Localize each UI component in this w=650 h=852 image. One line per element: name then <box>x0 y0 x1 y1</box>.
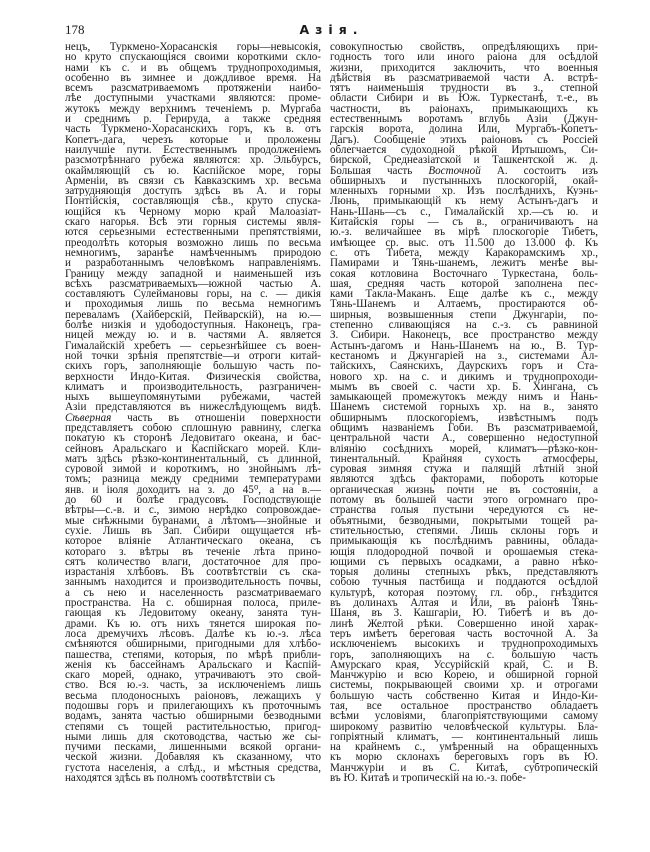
text-line: израстанія хлѣбовъ. Въ соотвѣтствіи съ с… <box>65 567 321 577</box>
text-line: годность того или иного раіона для осѣдл… <box>330 52 598 62</box>
text-line: Люнь, примыкающій къ нему Астынъ-дагъ и <box>330 196 598 206</box>
text-line: области Сибири и въ Юж. Туркестанѣ, т.-е… <box>330 93 598 103</box>
text-line: гающая къ Ледовитому океану, занята тун- <box>65 608 321 618</box>
text-line: системы, покрывающей своими хр. и отрога… <box>330 680 598 690</box>
text-line: вѣтры—с.-в. и с., зимою нерѣдко сопровож… <box>65 505 321 515</box>
text-line: тая, все остальное пространство обладает… <box>330 701 598 711</box>
text-line: общимъ названіемъ Гоби. Въ разсматриваем… <box>330 423 598 433</box>
text-line: ницей между ю. и в. частями А. является <box>65 330 321 340</box>
text-line: въ долинахъ Алтая и Или, въ раіонѣ Тянь- <box>330 598 598 608</box>
text-line: Арменіи, въ связи съ Кавказскимъ хр. вес… <box>65 176 321 186</box>
text-line: мымъ въ своей с. части хр. Б. Хингана, с… <box>330 382 598 392</box>
text-line: на крайнемъ с., умѣренный на обращенныхъ <box>330 742 598 752</box>
text-line: смѣняются обширными, пригодными для хлѣб… <box>65 639 321 649</box>
text-line: объятными, безводными, покрытыми тощей р… <box>330 516 598 526</box>
text-line: совокупностью свойствъ, опредѣляющихъ пр… <box>330 42 598 52</box>
left-text-column: нецъ, Туркмено-Хорасанскія горы—невысокі… <box>65 42 321 783</box>
text-line: болѣе низкія и удободоступныя. Наконецъ,… <box>65 320 321 330</box>
text-line: всѣми условіями, благопріятствующими сам… <box>330 711 598 721</box>
text-line: дѣйствія въ разсматриваемой части А. вст… <box>330 73 598 83</box>
text-line: естественнымъ воротамъ вглубь Азіи (Джун… <box>330 114 598 124</box>
text-line: ющійся къ Черному морю край Малоазіат- <box>65 207 321 217</box>
text-line: большую часть собственно Китая и Индо-Ки… <box>330 691 598 701</box>
text-line: перевaламъ (Хайберскій, Пейварскій), на … <box>65 310 321 320</box>
text-line: весьма плодоносныхъ раіоновъ, лежащихъ у <box>65 691 321 701</box>
text-line: облегчается судоходной рѣкой Иртышомъ, С… <box>330 145 598 155</box>
text-line: преодолѣть которыя возможно лишь по весь… <box>65 238 321 248</box>
text-line: составляютъ Сулеймановы горы, на с. — ди… <box>65 289 321 299</box>
text-line: драми. Къ ю. отъ нихъ тянется широкая по… <box>65 619 321 629</box>
text-line: Границу между западной и наименьшей изъ <box>65 269 321 279</box>
running-title: Азія. <box>65 22 598 37</box>
text-line: Дагъ). Сообщеніе этихъ раіоновъ съ Россі… <box>330 135 598 145</box>
text-line: лѣе доступными участками являются: проме… <box>65 93 321 103</box>
text-line: Нань-Шань—съ с., Гималайскій хр.—съ ю. и <box>330 207 598 217</box>
text-line: пучими песками, лишенными всякой органи- <box>65 742 321 752</box>
text-line: ширныя, возвышенныя степи Джунгаріи, по- <box>330 310 598 320</box>
text-line: Сѣверная часть въ отношеніи поверхности <box>65 413 321 423</box>
text-line: примыкающія къ послѣднимъ равнины, облад… <box>330 536 598 546</box>
text-line: суровой зимой и короткимъ, но знойнымъ л… <box>65 464 321 474</box>
text-line: степями съ тощей растительностью, пригод… <box>65 722 321 732</box>
text-line: янв. и іюля доходитъ на з. до 45⁰, а на … <box>65 485 321 495</box>
text-line: обширныхъ и пустынныхъ плоскогорій, окай… <box>330 176 598 186</box>
text-line: пространства. На с. обширная полоса, при… <box>65 598 321 608</box>
text-line: нами къ с. и въ общемъ труднопроходимыя, <box>65 63 321 73</box>
encyclopedia-page: 178 Азія. нецъ, Туркмено-Хорасанскія гор… <box>0 0 650 852</box>
text-line: всемъ разсматриваемомъ протяженіи наибо- <box>65 83 321 93</box>
text-line: женія къ бассейнамъ Аральскаго и Каспій- <box>65 660 321 670</box>
text-line: Гималайскій хребетъ — серьезнѣйшее съ во… <box>65 341 321 351</box>
text-line: разсмотрѣннаго рубежа являются: хр. Эльб… <box>65 155 321 165</box>
text-line: въ Ю. Китаѣ и тропическій на ю.-з. побе- <box>330 773 598 783</box>
text-line: шая, средняя часть которой заполнена пес… <box>330 279 598 289</box>
text-line: сухіе. Лишь въ Зап. Сибири ощущается нѣ- <box>65 526 321 536</box>
text-line: лоса дремучихъ лѣсовъ. Далѣе къ ю.-з. лѣ… <box>65 629 321 639</box>
text-line: затрудняющія доступъ здѣсь въ А. и горы <box>65 186 321 196</box>
text-line: нового хр. на с. и дикимъ и труднопроход… <box>330 372 598 382</box>
text-line: но круто спускающіяся своими короткими с… <box>65 52 321 62</box>
text-line: жизни, приходится заключить, что военныя <box>330 63 598 73</box>
text-line: сятъ количество влаги, достаточное для п… <box>65 557 321 567</box>
italic-term: Восточной <box>428 166 480 176</box>
text-line: странства голыя пустыни чередуются съ не… <box>330 505 598 515</box>
text-line: тинентальный. Крайняя сухость атмосферы, <box>330 454 598 464</box>
text-line: мленныхъ горными хр. Изъ послѣднихъ, Куэ… <box>330 186 598 196</box>
text-line: ными лишь для скотоводства, частью же сы… <box>65 732 321 742</box>
text-line: густота населенія, а слѣд., и мѣстныя ср… <box>65 763 321 773</box>
text-line: ной точки зрѣнія препятствіе—и отроги ки… <box>65 351 321 361</box>
text-line: немногимъ, заранѣе намѣченнымъ природою <box>65 248 321 258</box>
text-line: Шанемъ системой горныхъ хр. на в., занят… <box>330 402 598 412</box>
text-line: Амурскаго края, Уссурійскій край, С. и В… <box>330 660 598 670</box>
text-line: Копетъ-дага, черезъ которые и проложены <box>65 135 321 145</box>
text-line: Большая часть Восточной А. состоитъ изъ <box>330 166 598 176</box>
text-line: являются здѣсь факторами, побороть котор… <box>330 474 598 484</box>
text-line: сокая котловина Восточнаго Туркестана, б… <box>330 269 598 279</box>
text-line: Шаня, въ З. Кашгаріи, Ю. Тибетѣ и въ до- <box>330 608 598 618</box>
text-line: линѣ Желтой рѣки. Совершенно иной харак- <box>330 619 598 629</box>
text-line: степенно сливающіяся на с.-з. съ равнино… <box>330 320 598 330</box>
text-line: часть Туркмено-Хорасанскихъ горъ, къ в. … <box>65 124 321 134</box>
text-line: ющія плодородной почвой и орошаемыя стек… <box>330 547 598 557</box>
text-line: водамъ, занята частью обширными безводны… <box>65 711 321 721</box>
text-line: мые снѣжными буранами, а лѣтомъ—знойные … <box>65 516 321 526</box>
text-line: замыкающей промежутокъ между нимъ и Нань… <box>330 392 598 402</box>
text-line: горъ, заполняющихъ на с. большую часть <box>330 650 598 660</box>
text-line: Китайскія горы — съ в., ограничиваютъ на <box>330 217 598 227</box>
text-line: скихъ горъ, заполняющіе большую часть по… <box>65 361 321 371</box>
text-line: ныхъ вышеупомянутыми рубежами, частей <box>65 392 321 402</box>
text-line: къ морю склонахъ береговыхъ горъ въ Ю. <box>330 752 598 762</box>
text-line: пашества, степями, которыя, по мѣрѣ приб… <box>65 650 321 660</box>
text-line: суровая зимняя стужа и палящій лѣтній зн… <box>330 464 598 474</box>
text-line: органическая жизнь почти не въ состояніи… <box>330 485 598 495</box>
text-line: и среднимъ р. Герируда, а также средняя <box>65 114 321 124</box>
italic-term: Сѣверная <box>65 413 111 423</box>
text-line: ками Такла-Маканъ. Еще далѣе къ с., межд… <box>330 289 598 299</box>
text-line: до 60 и болѣе градусовъ. Господствующіе <box>65 495 321 505</box>
text-line: а съ нею и населенность разсматриваемаго <box>65 588 321 598</box>
text-line: покатую къ сторонѣ Ледовитаго океана, и … <box>65 433 321 443</box>
text-line: Памирами и Тянь-шанемъ, лежитъ менѣе вы- <box>330 258 598 268</box>
text-line: окаймляющій съ ю. Каспійское море, горы <box>65 166 321 176</box>
right-text-column: совокупностью свойствъ, опредѣляющихъ пр… <box>330 42 598 783</box>
text-line: скаго нагорья. Всѣ эти горныя системы яв… <box>65 217 321 227</box>
text-line: тятъ наименьшія трудности въ з., степной <box>330 83 598 93</box>
text-line: ство. Вся ю.-з. часть, за исключеніемъ л… <box>65 680 321 690</box>
text-line: с. отъ Тибета, между Каракорамскимъ хр., <box>330 248 598 258</box>
text-line: ю.-з. величайшее въ мірѣ плоскогоріе Тиб… <box>330 227 598 237</box>
text-line: матъ здѣсь рѣзко-континентальный, съ дли… <box>65 454 321 464</box>
text-line: скаго морей, однако, утрачиваютъ это сво… <box>65 670 321 680</box>
text-line: ческой жизни. Добавляя къ сказанному, чт… <box>65 752 321 762</box>
text-line: климатъ и производительность, разграниче… <box>65 382 321 392</box>
text-line: потому въ большей части этого огромнаго … <box>330 495 598 505</box>
text-line: Манчжуріи и въ С. Китаѣ, субтропическій <box>330 763 598 773</box>
text-line: З. Сибири. Наконецъ, все пространство ме… <box>330 330 598 340</box>
text-line: широкому развитію человѣческой культуры.… <box>330 722 598 732</box>
text-line: Тянь-Шанемъ и Алтаемъ, простираются об- <box>330 299 598 309</box>
text-line: центральной части А., совершенно недосту… <box>330 433 598 443</box>
text-line: всѣхъ разсматриваемыхъ—южной частью А. <box>65 279 321 289</box>
text-line: частности, въ раіонахъ, примыкающихъ къ <box>330 104 598 114</box>
text-line: культурѣ, которая поэтому, гл. обр., гнѣ… <box>330 588 598 598</box>
text-line: и разработаннымъ человѣкомъ направленіям… <box>65 258 321 268</box>
text-line: особенно въ зимнее и дождливое время. На <box>65 73 321 83</box>
text-line: находятся здѣсь въ полномъ соотвѣтствіи … <box>65 773 321 783</box>
text-line: нецъ, Туркмено-Хорасанскія горы—невысокі… <box>65 42 321 52</box>
text-line: Азіи представляются въ нижеслѣдующемъ ви… <box>65 402 321 412</box>
text-line: гарскія ворота, долина Или, Мургабъ-Копе… <box>330 124 598 134</box>
text-line: вліянію сосѣднихъ морей, климатъ—рѣзко-к… <box>330 444 598 454</box>
text-line: котораго з. вѣтры въ теченіе лѣта прино- <box>65 547 321 557</box>
text-line: тайскихъ, Саянскихъ, Даурскихъ горъ и Ст… <box>330 361 598 371</box>
text-line: верхности Индо-Китая. Физическія свойств… <box>65 372 321 382</box>
text-line: сейновъ Аральскаго и Каспійскаго морей. … <box>65 444 321 454</box>
text-line: Астынъ-дагомъ и Нань-Шанемъ на ю., В. Ту… <box>330 341 598 351</box>
text-line: жутокъ между верхнимъ теченіемъ р. Мурга… <box>65 104 321 114</box>
text-line: подошвы горъ и прилегающихъ къ проточным… <box>65 701 321 711</box>
text-line: представляетъ собою сплошную равнину, сл… <box>65 423 321 433</box>
text-line: которое вліяніе Атлантическаго океана, с… <box>65 536 321 546</box>
text-line: исключеніемъ высокихъ и труднопроходимых… <box>330 639 598 649</box>
text-line: и проходимыя лишь по весьма немногимъ <box>65 299 321 309</box>
text-line: имѣющее ср. выс. отъ 11.500 до 13.000 ф.… <box>330 238 598 248</box>
page-header: 178 Азія. <box>65 22 598 40</box>
text-line: наилучшіе пути. Естественнымъ продолжені… <box>65 145 321 155</box>
text-line: теръ имѣетъ береговая часть восточной А.… <box>330 629 598 639</box>
text-line: Понтійскія, составляющія сѣв., круто спу… <box>65 196 321 206</box>
text-line: Манчжурію и всю Корею, и обширной горной <box>330 670 598 680</box>
text-line: гопріятный климатъ, — континентальный ли… <box>330 732 598 742</box>
text-line: торыя долины степныхъ рѣкъ, представляют… <box>330 567 598 577</box>
text-line: ются серьезными естественными препятстві… <box>65 227 321 237</box>
text-line: томъ; разница между средними температура… <box>65 474 321 484</box>
text-line: ющими съ первыхъ осадками, а равно нѣко- <box>330 557 598 567</box>
text-line: кестаномъ и Джунгаріей на з., системами … <box>330 351 598 361</box>
text-line: обширнымъ плоскогоріемъ, извѣстнымъ подъ <box>330 413 598 423</box>
text-line: стительностью, степями. Лишь склоны горъ… <box>330 526 598 536</box>
text-line: заннымъ находится и производительность п… <box>65 577 321 587</box>
text-line: собою тучныя пастбища и поддаются осѣдло… <box>330 577 598 587</box>
text-line: бирской, Среднеазіатской и Ташкентской ж… <box>330 155 598 165</box>
